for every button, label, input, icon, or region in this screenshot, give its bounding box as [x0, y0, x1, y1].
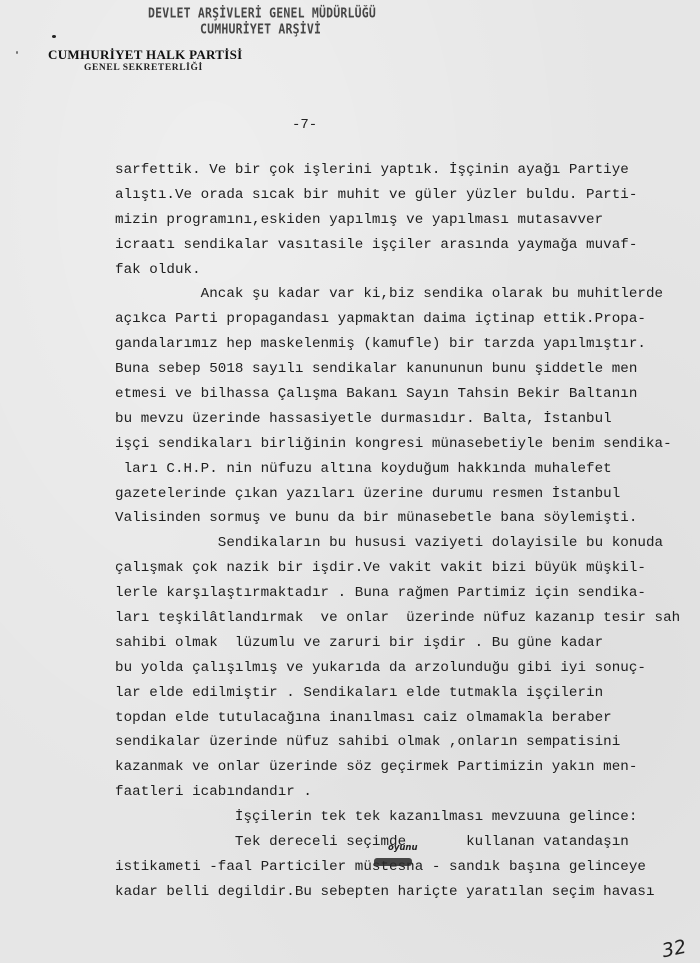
- document-page: DEVLET ARŞİVLERİ GENEL MÜDÜRLÜĞÜ CUMHURİ…: [0, 0, 700, 963]
- text-line: gazetelerinde çıkan yazıları üzerine dur…: [115, 482, 700, 507]
- text-line: Sendikaların bu hususi vaziyeti dolayisi…: [115, 531, 700, 556]
- text-line: sarfettik. Ve bir çok işlerini yaptık. İ…: [115, 158, 700, 183]
- text-line: sendikalar üzerinde nüfuz sahibi olmak ,…: [115, 730, 700, 755]
- body-text: sarfettik. Ve bir çok işlerini yaptık. İ…: [115, 158, 700, 905]
- text-line: ları teşkilâtlandırmak ve onlar üzerinde…: [115, 606, 700, 631]
- text-line: alıştı.Ve orada sıcak bir muhit ve güler…: [115, 183, 700, 208]
- text-line: çalışmak çok nazik bir işdir.Ve vakit va…: [115, 556, 700, 581]
- text-line: bu mevzu üzerinde hassasiyetle durmasıdı…: [115, 407, 700, 432]
- text-line: Buna sebep 5018 sayılı sendikalar kanunu…: [115, 357, 700, 382]
- text-line: kadar belli degildir.Bu sebepten hariçte…: [115, 880, 700, 905]
- text-line: topdan elde tutulacağına inanılması caiz…: [115, 706, 700, 731]
- letterhead-organization: CUMHURİYET HALK PARTİSİ: [48, 47, 243, 63]
- text-line: İşçilerin tek tek kazanılması mevzuuna g…: [115, 805, 700, 830]
- text-line: gandalarımız hep maskelenmiş (kamufle) b…: [115, 332, 700, 357]
- text-line: faatleri icabındandır .: [115, 780, 700, 805]
- text-line: fak olduk.: [115, 258, 700, 283]
- text-line: sahibi olmak lüzumlu ve zaruri bir işdir…: [115, 631, 700, 656]
- folio-number: 32: [660, 936, 688, 963]
- text-line: lerle karşılaştırmaktadır . Buna rağmen …: [115, 581, 700, 606]
- text-line: Ancak şu kadar var ki,biz sendika olarak…: [115, 282, 700, 307]
- letterhead-department: GENEL SEKRETERLİĞİ: [84, 63, 203, 73]
- ink-speck: [52, 35, 56, 38]
- text-line: icraatı sendikalar vasıtasile işçiler ar…: [115, 233, 700, 258]
- struck-out-word: [374, 858, 412, 866]
- text-line: kazanmak ve onlar üzerinde söz geçirmek …: [115, 755, 700, 780]
- archive-stamp-line2: CUMHURİYET ARŞİVİ: [200, 21, 321, 37]
- page-number: -7-: [292, 117, 317, 133]
- text-line: işçi sendikaları birliğinin kongresi mün…: [115, 432, 700, 457]
- text-line: Valisinden sormuş ve bunu da bir münaseb…: [115, 506, 700, 531]
- text-line: ları C.H.P. nin nüfuzu altına koyduğum h…: [115, 457, 700, 482]
- text-line: bu yolda çalışılmış ve yukarıda da arzol…: [115, 656, 700, 681]
- text-line: açıkca Parti propagandası yapmaktan daim…: [115, 307, 700, 332]
- text-line: etmesi ve bilhassa Çalışma Bakanı Sayın …: [115, 382, 700, 407]
- handwritten-correction: oyunu: [388, 843, 418, 853]
- ink-speck: [16, 51, 18, 54]
- text-line: lar elde edilmiştir . Sendikaları elde t…: [115, 681, 700, 706]
- text-line: mizin programını,eskiden yapılmış ve yap…: [115, 208, 700, 233]
- archive-stamp-line1: DEVLET ARŞİVLERİ GENEL MÜDÜRLÜĞÜ: [148, 5, 376, 21]
